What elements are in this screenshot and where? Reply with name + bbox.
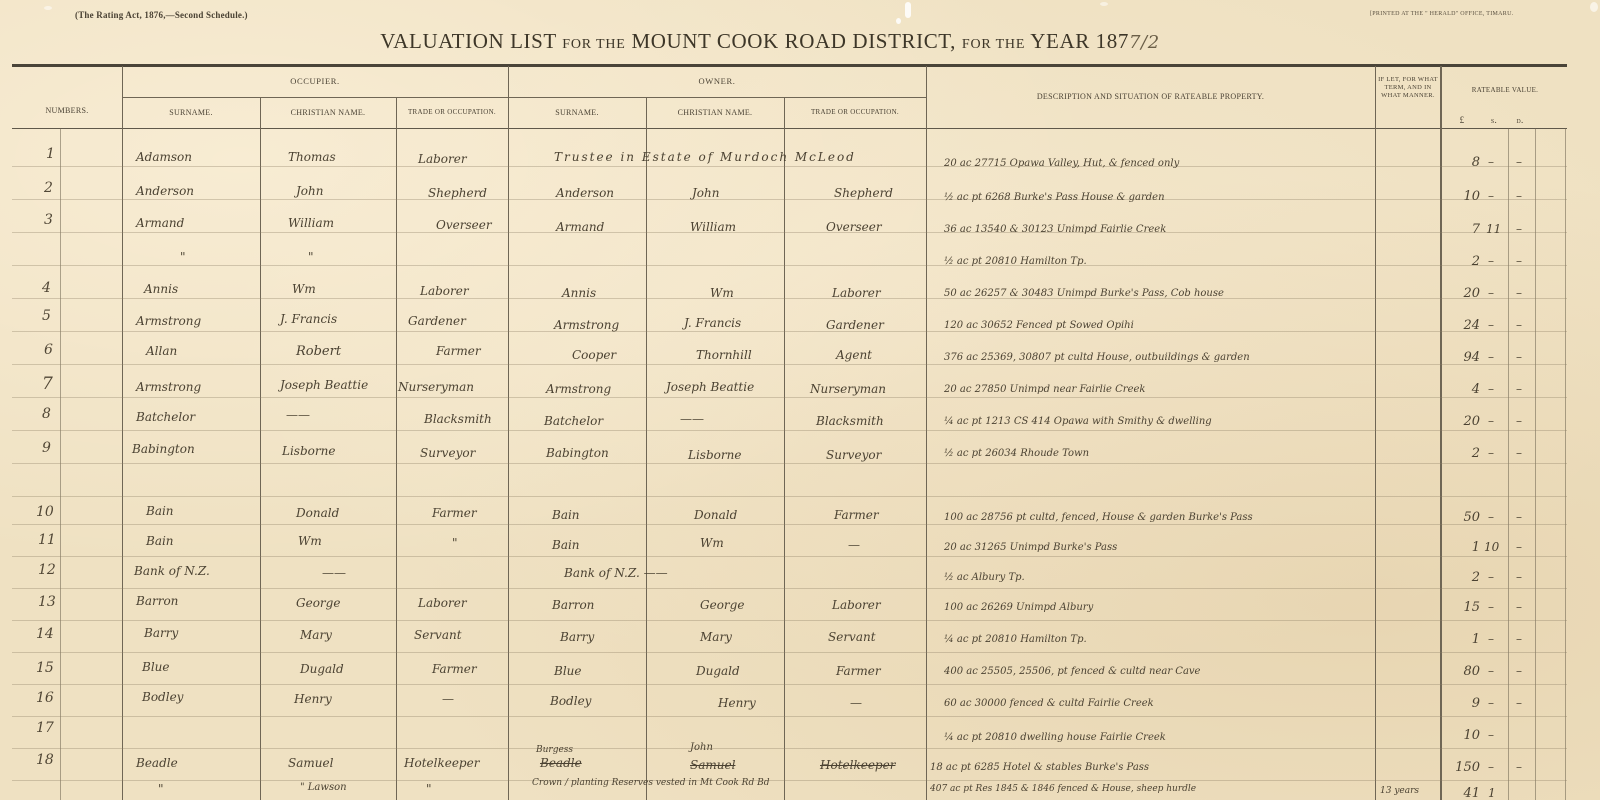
header-bottom-rule xyxy=(12,128,1567,129)
occupier-trade: Blacksmith xyxy=(424,412,492,426)
col-divider xyxy=(508,66,509,800)
col-divider xyxy=(784,97,785,800)
owner-trade: Servant xyxy=(828,630,876,644)
col-divider xyxy=(260,97,261,800)
value-pounds: 150 xyxy=(1444,760,1480,775)
value-shillings: – xyxy=(1488,414,1494,428)
value-shillings: – xyxy=(1488,286,1494,300)
header-shillings: s. xyxy=(1484,115,1504,125)
value-pence: – xyxy=(1516,155,1522,169)
description: 20 ac 27715 Opawa Valley, Hut, & fenced … xyxy=(944,158,1179,169)
occupier-christian-name: Lisborne xyxy=(282,444,335,458)
occupier-surname-ditto: " xyxy=(180,250,186,264)
value-pounds: 1 xyxy=(1450,540,1480,555)
value-pence: – xyxy=(1516,600,1522,614)
value-pence: – xyxy=(1516,446,1522,460)
value-shillings: – xyxy=(1488,600,1494,614)
description: 18 ac pt 6285 Hotel & stables Burke's Pa… xyxy=(930,762,1149,773)
owner-surname: Bank of N.Z. —— xyxy=(564,566,668,580)
occupier-trade: Farmer xyxy=(432,506,477,520)
row-number: 15 xyxy=(36,660,54,676)
owner-christian-name: George xyxy=(700,598,744,612)
owner-trade: Nurseryman xyxy=(810,382,886,396)
value-pence: – xyxy=(1516,760,1522,774)
description: 407 ac pt Res 1845 & 1846 fenced & House… xyxy=(930,784,1196,794)
value-pounds: 94 xyxy=(1450,350,1480,365)
owner-surname: Blue xyxy=(554,664,582,678)
owner-christian-name: Mary xyxy=(700,630,732,644)
value-pounds: 8 xyxy=(1450,155,1480,170)
owner-trade: Gardener xyxy=(826,318,884,332)
value-shillings: – xyxy=(1488,728,1494,742)
occupier-christian-name: Dugald xyxy=(300,662,344,676)
occupier-christian-name: Wm xyxy=(292,282,316,296)
value-pence: – xyxy=(1516,222,1522,236)
occupier-christian-name: John xyxy=(296,184,324,198)
row-number: 11 xyxy=(38,532,56,548)
header-owner-group: Owner. xyxy=(508,76,926,86)
description: 376 ac 25369, 30807 pt cultd House, outb… xyxy=(944,352,1250,363)
occupier-trade: Farmer xyxy=(432,662,477,676)
value-pence: – xyxy=(1516,414,1522,428)
ruled-line xyxy=(12,166,1567,167)
col-divider xyxy=(646,97,647,800)
occupier-surname: Allan xyxy=(146,344,177,358)
occupier-christian-name: Donald xyxy=(296,506,339,520)
occupier-trade: Overseer xyxy=(436,218,492,232)
value-shillings: 11 xyxy=(1486,222,1501,236)
header-numbers: Numbers. xyxy=(12,106,122,115)
header-occupier-trade: Trade or Occupation. xyxy=(396,108,508,116)
paper-damage-spot xyxy=(896,18,901,24)
ruled-line xyxy=(12,364,1567,365)
row-number: 4 xyxy=(42,280,51,296)
owner-trade: Laborer xyxy=(832,598,881,612)
value-shillings: – xyxy=(1488,254,1494,268)
if-let-term: 13 years xyxy=(1380,786,1419,796)
col-divider-shillings xyxy=(1508,128,1509,800)
occupier-christian-name: Henry xyxy=(294,692,332,706)
value-pence: – xyxy=(1516,510,1522,524)
col-divider-right xyxy=(1565,128,1566,800)
row-number: 17 xyxy=(36,720,54,736)
occupier-surname: Babington xyxy=(132,442,195,456)
description: 20 ac 27850 Unimpd near Fairlie Creek xyxy=(944,384,1145,395)
occupier-trade-ditto: " xyxy=(426,782,432,796)
value-shillings: – xyxy=(1488,189,1494,203)
value-pounds: 2 xyxy=(1450,446,1480,461)
ruled-line xyxy=(12,430,1567,431)
occupier-trade: — xyxy=(442,692,454,706)
owner-surname: Crown / planting Reserves vested in Mt C… xyxy=(532,778,769,788)
value-shillings: 10 xyxy=(1484,540,1499,554)
owner-christian-name: Joseph Beattie xyxy=(666,380,754,394)
description: 50 ac 26257 & 30483 Unimpd Burke's Pass,… xyxy=(944,288,1224,299)
ruled-line xyxy=(12,748,1567,749)
owner-trade: — xyxy=(848,538,860,552)
occupier-trade: " xyxy=(452,536,458,550)
owner-trade: Surveyor xyxy=(826,448,881,462)
occupier-christian-name: Wm xyxy=(298,534,322,548)
occupier-trade: Nurseryman xyxy=(398,380,474,394)
row-number: 9 xyxy=(42,440,51,456)
ruled-line xyxy=(12,199,1567,200)
owner-surname: Bodley xyxy=(550,694,591,708)
top-rule xyxy=(12,64,1567,67)
owner-christian-name: John xyxy=(692,186,720,200)
value-pounds: 50 xyxy=(1450,510,1480,525)
occupier-trade: Laborer xyxy=(420,284,469,298)
owner-surname: Armand xyxy=(556,220,604,234)
occupier-christian-name: —— xyxy=(286,408,310,422)
value-pence: – xyxy=(1516,570,1522,584)
value-shillings: – xyxy=(1488,318,1494,332)
owner-christian-name: Lisborne xyxy=(688,448,741,462)
row-number: 18 xyxy=(36,752,54,768)
occupier-christian-name: J. Francis xyxy=(280,312,337,326)
paper-damage-spot xyxy=(1590,2,1598,12)
occupier-surname: Adamson xyxy=(136,150,192,164)
row-number: 3 xyxy=(44,212,53,228)
occupier-surname: Armstrong xyxy=(136,314,201,328)
printer-note: [Printed at the " Herald" Office, Timaru… xyxy=(1370,11,1514,17)
value-pence: – xyxy=(1516,286,1522,300)
handwritten-year-digit: 7/2 xyxy=(1129,32,1160,53)
owner-christian-name: —— xyxy=(680,412,704,426)
header-occupier-group: Occupier. xyxy=(122,76,508,86)
owner-surname: Bain xyxy=(552,508,580,522)
occupier-christian-name: —— xyxy=(322,566,346,580)
occupier-surname: Armstrong xyxy=(136,380,201,394)
occupier-trade: Shepherd xyxy=(428,186,487,200)
description: 100 ac 26269 Unimpd Albury xyxy=(944,602,1093,613)
description: ¼ ac pt 20810 Hamilton Tp. xyxy=(944,634,1087,645)
row-number: 8 xyxy=(42,406,51,422)
description: 36 ac 13540 & 30123 Unimpd Fairlie Creek xyxy=(944,224,1166,235)
owner-christian-name: Henry xyxy=(718,696,756,710)
value-pounds: 20 xyxy=(1450,286,1480,301)
value-shillings: – xyxy=(1488,382,1494,396)
value-pounds: 1 xyxy=(1450,632,1480,647)
value-shillings: – xyxy=(1488,696,1494,710)
description: ½ ac pt 26034 Rhoude Town xyxy=(944,448,1089,459)
title-part: MOUNT COOK ROAD DISTRICT, xyxy=(631,29,956,53)
occupier-surname: Bain xyxy=(146,504,174,518)
value-pence: – xyxy=(1516,696,1522,710)
ruled-line xyxy=(12,524,1567,525)
ruled-line xyxy=(12,496,1567,497)
act-reference-note: (The Rating Act, 1876,—Second Schedule.) xyxy=(75,10,248,20)
occupier-trade: Farmer xyxy=(436,344,481,358)
value-pounds: 10 xyxy=(1450,728,1480,743)
description: ½ ac pt 6268 Burke's Pass House & garden xyxy=(944,192,1165,203)
value-pounds: 20 xyxy=(1450,414,1480,429)
owner-surname-struck: Beadle xyxy=(540,756,582,770)
value-pounds: 80 xyxy=(1450,664,1480,679)
occupier-trade: Laborer xyxy=(418,152,467,166)
ruled-line xyxy=(12,463,1567,464)
row-number: 13 xyxy=(38,594,56,610)
value-pence: – xyxy=(1516,540,1522,554)
value-pence: – xyxy=(1516,382,1522,396)
header-if-let: If let, for what term, and in what manne… xyxy=(1377,76,1439,100)
header-rateable-value: Rateable Value. xyxy=(1465,86,1545,95)
owner-christian-struck: Samuel xyxy=(690,758,735,772)
description: 60 ac 30000 fenced & cultd Fairlie Creek xyxy=(944,698,1154,709)
paper-damage-spot xyxy=(44,6,52,10)
owner-trade: Farmer xyxy=(836,664,881,678)
value-shillings: – xyxy=(1488,570,1494,584)
row-number: 7 xyxy=(42,374,53,394)
header-occupier-christian-name: Christian Name. xyxy=(260,108,396,117)
owner-surname: Batchelor xyxy=(544,414,603,428)
occupier-surname: Bain xyxy=(146,534,174,548)
value-pence: – xyxy=(1516,632,1522,646)
ruled-line xyxy=(12,588,1567,589)
owner-christian-correction: John xyxy=(690,742,713,753)
header-owner-trade: Trade or Occupation. xyxy=(784,108,926,116)
paper-damage-spot xyxy=(1100,2,1108,6)
owner-surname: Armstrong xyxy=(546,382,611,396)
value-shillings: – xyxy=(1488,350,1494,364)
col-divider xyxy=(926,66,927,800)
occupier-christian-name: George xyxy=(296,596,340,610)
ruled-line xyxy=(12,556,1567,557)
owner-surname: Cooper xyxy=(572,348,616,362)
document-title: VALUATION LIST FOR THE MOUNT COOK ROAD D… xyxy=(0,29,1540,54)
occupier-christian-name: " Lawson xyxy=(300,782,347,793)
row-number: 2 xyxy=(44,180,53,196)
paper-damage-spot xyxy=(905,2,911,18)
value-pence: – xyxy=(1516,254,1522,268)
title-part: FOR THE xyxy=(562,37,625,52)
description: ¼ ac pt 20810 dwelling house Fairlie Cre… xyxy=(944,732,1166,743)
value-pounds: 10 xyxy=(1450,189,1480,204)
header-owner-surname: Surname. xyxy=(508,108,646,117)
header-occupier-surname: Surname. xyxy=(122,108,260,117)
header-owner-christian-name: Christian Name. xyxy=(646,108,784,117)
col-divider-numbers-inner xyxy=(60,128,61,800)
ruled-line xyxy=(12,397,1567,398)
owner-trade: Farmer xyxy=(834,508,879,522)
value-shillings: – xyxy=(1488,760,1494,774)
occupier-surname: Beadle xyxy=(136,756,178,770)
col-divider xyxy=(1375,66,1376,800)
owner-surname: Bain xyxy=(552,538,580,552)
occupier-surname: Barry xyxy=(144,626,178,640)
occupier-surname: Armand xyxy=(136,216,184,230)
occupier-surname: Bodley xyxy=(142,690,183,704)
title-part: VALUATION LIST xyxy=(380,29,556,53)
description: ½ ac Albury Tp. xyxy=(944,572,1025,583)
owner-christian-name: Thornhill xyxy=(696,348,752,362)
title-part: FOR THE xyxy=(962,37,1025,52)
owner-surname: Armstrong xyxy=(554,318,619,332)
ruled-line xyxy=(12,620,1567,621)
description: 120 ac 30652 Fenced pt Sowed Opihi xyxy=(944,320,1134,331)
owner-surname: Trustee in Estate of Murdoch McLeod xyxy=(554,150,856,164)
ruled-line xyxy=(12,232,1567,233)
col-divider xyxy=(1440,66,1442,800)
occupier-surname: Blue xyxy=(142,660,170,674)
description: 100 ac 28756 pt cultd, fenced, House & g… xyxy=(944,512,1253,523)
occupier-surname: Anderson xyxy=(136,184,194,198)
value-pounds: 7 xyxy=(1450,222,1480,237)
col-divider xyxy=(396,97,397,800)
value-pence: – xyxy=(1516,664,1522,678)
owner-surname-correction: Burgess xyxy=(536,745,573,755)
occupier-surname-ditto: " xyxy=(158,782,164,796)
owner-surname: Annis xyxy=(562,286,596,300)
value-pence: – xyxy=(1516,318,1522,332)
ruled-line xyxy=(12,716,1567,717)
header-sub-divider xyxy=(122,97,927,98)
value-shillings: – xyxy=(1488,510,1494,524)
ruled-line xyxy=(12,298,1567,299)
owner-christian-name: Wm xyxy=(710,286,734,300)
value-shillings: – xyxy=(1488,155,1494,169)
occupier-christian-name: Thomas xyxy=(288,150,336,164)
row-number: 1 xyxy=(46,146,55,162)
header-pence: d. xyxy=(1510,115,1530,125)
owner-christian-name: Wm xyxy=(700,536,724,550)
occupier-surname: Barron xyxy=(136,594,178,608)
ruled-line xyxy=(12,331,1567,332)
owner-surname: Barry xyxy=(560,630,594,644)
owner-christian-name: William xyxy=(690,220,736,234)
col-divider-pence xyxy=(1535,128,1536,800)
occupier-trade: Servant xyxy=(414,628,462,642)
occupier-surname: Bank of N.Z. xyxy=(134,564,210,578)
value-shillings: – xyxy=(1488,446,1494,460)
value-shillings: 1 xyxy=(1488,786,1496,800)
owner-christian-name: Dugald xyxy=(696,664,740,678)
row-number: 16 xyxy=(36,690,54,706)
owner-christian-name: J. Francis xyxy=(684,316,741,330)
occupier-trade: Surveyor xyxy=(420,446,475,460)
owner-trade: Agent xyxy=(836,348,872,362)
row-number: 5 xyxy=(42,308,51,324)
value-pounds: 2 xyxy=(1450,254,1480,269)
description: ½ ac pt 20810 Hamilton Tp. xyxy=(944,256,1087,267)
title-part: YEAR 187 xyxy=(1030,29,1129,53)
header-pounds: £ xyxy=(1452,115,1472,125)
value-pounds: 9 xyxy=(1450,696,1480,711)
occupier-trade: Hotelkeeper xyxy=(404,756,479,770)
occupier-christian-name: William xyxy=(288,216,334,230)
value-shillings: – xyxy=(1488,664,1494,678)
owner-trade: — xyxy=(850,696,862,710)
value-pounds: 4 xyxy=(1450,382,1480,397)
occupier-surname: Annis xyxy=(144,282,178,296)
occupier-christian-name: Robert xyxy=(296,344,341,359)
header-description: Description and Situation of Rateable Pr… xyxy=(926,92,1375,101)
owner-trade: Blacksmith xyxy=(816,414,884,428)
owner-surname: Babington xyxy=(546,446,609,460)
occupier-christian-ditto: " xyxy=(308,250,314,264)
row-number: 14 xyxy=(36,626,54,642)
value-pounds: 15 xyxy=(1450,600,1480,615)
ruled-line xyxy=(12,652,1567,653)
owner-trade: Laborer xyxy=(832,286,881,300)
owner-surname: Anderson xyxy=(556,186,614,200)
occupier-christian-name: Mary xyxy=(300,628,332,642)
ruled-line xyxy=(12,265,1567,266)
row-number: 12 xyxy=(38,562,56,578)
occupier-surname: Batchelor xyxy=(136,410,195,424)
value-pounds: 2 xyxy=(1450,570,1480,585)
value-pounds: 24 xyxy=(1450,318,1480,333)
value-pence: – xyxy=(1516,189,1522,203)
owner-christian-name: Donald xyxy=(694,508,737,522)
owner-surname: Barron xyxy=(552,598,594,612)
owner-trade: Overseer xyxy=(826,220,882,234)
value-shillings: – xyxy=(1488,632,1494,646)
occupier-christian-name: Joseph Beattie xyxy=(280,378,368,392)
row-number: 10 xyxy=(36,504,54,520)
row-number: 6 xyxy=(44,342,53,358)
occupier-trade: Gardener xyxy=(408,314,466,328)
occupier-trade: Laborer xyxy=(418,596,467,610)
ruled-line xyxy=(12,684,1567,685)
owner-trade: Shepherd xyxy=(834,186,893,200)
ruled-line xyxy=(12,780,1567,781)
value-pence: – xyxy=(1516,350,1522,364)
col-divider xyxy=(122,66,123,800)
value-pounds: 41 xyxy=(1450,786,1480,800)
description: 400 ac 25505, 25506, pt fenced & cultd n… xyxy=(944,666,1200,677)
owner-trade-struck: Hotelkeeper xyxy=(820,758,895,772)
occupier-christian-name: Samuel xyxy=(288,756,333,770)
description: 20 ac 31265 Unimpd Burke's Pass xyxy=(944,542,1117,553)
description: ¼ ac pt 1213 CS 414 Opawa with Smithy & … xyxy=(944,416,1212,427)
